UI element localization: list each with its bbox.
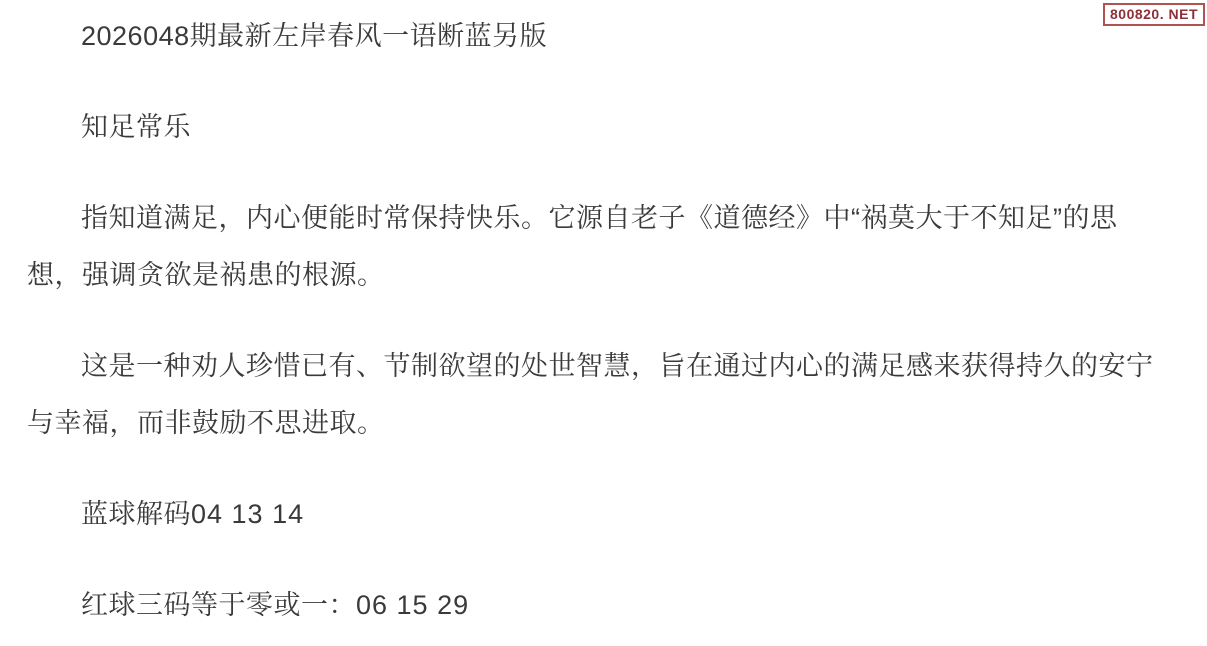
blue-ball-numbers: 04 13 14 xyxy=(191,499,304,529)
red-ball-label: 红球三码等于零或一： xyxy=(81,590,356,620)
paragraph-explanation-1: 指知道满足，内心便能时常保持快乐。它源自老子《道德经》中“祸莫大于不知足”的思想… xyxy=(27,190,1167,304)
red-ball-numbers: 06 15 29 xyxy=(356,590,469,620)
blue-ball-line: 蓝球解码04 13 14 xyxy=(27,486,1167,543)
site-watermark-badge: 800820. NET xyxy=(1103,3,1205,26)
section-heading: 知足常乐 xyxy=(27,99,1167,156)
blue-ball-label: 蓝球解码 xyxy=(81,499,191,529)
article-content: 2026048期最新左岸春风一语断蓝另版 知足常乐 指知道满足，内心便能时常保持… xyxy=(0,0,1207,634)
document-page: 800820. NET 2026048期最新左岸春风一语断蓝另版 知足常乐 指知… xyxy=(0,0,1207,646)
paragraph-explanation-2: 这是一种劝人珍惜已有、节制欲望的处世智慧，旨在通过内心的满足感来获得持久的安宁与… xyxy=(27,338,1167,452)
page-title: 2026048期最新左岸春风一语断蓝另版 xyxy=(27,8,1167,65)
red-ball-line: 红球三码等于零或一：06 15 29 xyxy=(27,577,1167,634)
